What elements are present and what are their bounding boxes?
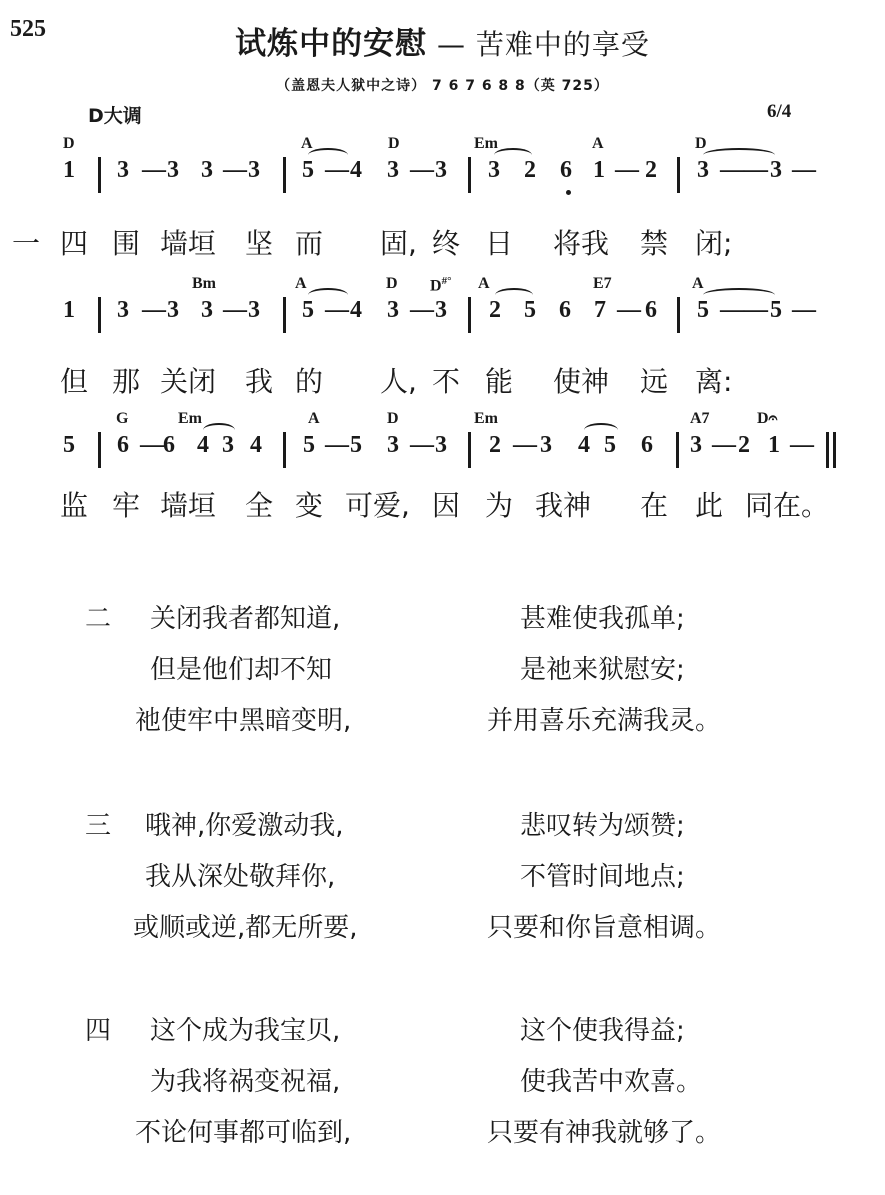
chord-symbol: D xyxy=(387,410,399,428)
stanza-line-left: 为我将祸变祝福, xyxy=(150,1061,340,1098)
bar-line xyxy=(98,297,101,333)
lyric-syllable: 能 xyxy=(485,360,513,400)
note: 3 xyxy=(435,297,447,324)
title-sub: 苦难中的享受 xyxy=(476,28,650,61)
lyric-syllable: 的 xyxy=(295,360,323,400)
time-signature: 6/4 xyxy=(767,101,791,123)
bar-line xyxy=(676,432,679,468)
note: 3 xyxy=(167,297,179,324)
stanza-line-right: 甚难使我孤单; xyxy=(520,598,685,635)
chord-symbol: D𝄐 xyxy=(757,410,777,428)
note: 3 xyxy=(540,432,552,459)
note: 3 xyxy=(167,157,179,184)
note: 6 xyxy=(560,157,572,184)
chord-symbol: D xyxy=(63,135,75,153)
chord-symbol: Em xyxy=(474,410,498,428)
chord-symbol: Em xyxy=(474,135,498,153)
note: 2 xyxy=(645,157,657,184)
stanza-line-left: 关闭我者都知道, xyxy=(150,598,340,635)
lyric-syllable: 我神 xyxy=(535,484,591,524)
tie-slur xyxy=(308,288,348,302)
note-extension: — xyxy=(325,432,349,459)
note: 3 xyxy=(435,157,447,184)
stanza-line-right: 使我苦中欢喜。 xyxy=(520,1061,702,1098)
note: 3 xyxy=(387,432,399,459)
lyric-syllable: 监 xyxy=(60,484,88,524)
lyric-syllable: 四 xyxy=(60,222,88,262)
stanza-line-right: 这个使我得益; xyxy=(520,1010,685,1047)
chord-symbol: D xyxy=(388,135,400,153)
lyric-syllable: 离: xyxy=(695,360,732,400)
stanza-line-right: 并用喜乐充满我灵。 xyxy=(487,700,721,737)
lyric-syllable: 为 xyxy=(485,484,513,524)
note: 6 xyxy=(163,432,175,459)
lyric-syllable: 墙垣 xyxy=(160,484,216,524)
note-extension: — xyxy=(140,432,164,459)
note: 3 xyxy=(248,297,260,324)
stanza-number: 四 xyxy=(85,1010,111,1047)
note-extension: — xyxy=(410,432,434,459)
note: 7 xyxy=(594,297,606,324)
stanza-line-left: 我从深处敬拜你, xyxy=(145,856,335,893)
note: 3 xyxy=(248,157,260,184)
hymn-title: 试炼中的安慰 — 苦难中的享受 xyxy=(0,18,885,63)
bar-line xyxy=(283,297,286,333)
lyric-syllable: 在 xyxy=(640,484,668,524)
bar-line xyxy=(98,157,101,193)
lyric-syllable: 远 xyxy=(640,360,668,400)
stanza-line-left: 不论何事都可临到, xyxy=(135,1112,351,1149)
tie-slur xyxy=(308,148,348,162)
lyric-line: 但那关闭我的人,不能使神远离: xyxy=(0,360,885,400)
tie-slur xyxy=(203,423,235,437)
note: 1 xyxy=(63,157,75,184)
bar-line xyxy=(468,157,471,193)
note: 5 xyxy=(350,432,362,459)
chord-symbol: D xyxy=(386,275,398,293)
lyric-syllable: 全 xyxy=(245,484,273,524)
stanza-line-left: 哦神,你爱激动我, xyxy=(145,805,344,842)
note: 6 xyxy=(117,432,129,459)
chord-symbol: A xyxy=(692,275,704,293)
chord-symbol: Bm xyxy=(192,275,216,293)
tie-slur xyxy=(584,423,618,437)
lyric-syllable: 墙垣 xyxy=(160,222,216,262)
note: 6 xyxy=(559,297,571,324)
lyric-syllable: 不 xyxy=(432,360,460,400)
tie-slur xyxy=(494,148,532,162)
note-extension: — xyxy=(712,432,736,459)
note: 6 xyxy=(645,297,657,324)
lyric-syllable: 而 xyxy=(295,222,323,262)
note-extension: — xyxy=(410,157,434,184)
lyric-line: 一四围墙垣坚而固,终日将我禁闭; xyxy=(0,222,885,262)
note-extension: — xyxy=(615,157,639,184)
chord-symbol: G xyxy=(116,410,128,428)
note: 1 xyxy=(593,157,605,184)
note-extension: — xyxy=(223,297,247,324)
stanza-line-right: 只要和你旨意相调。 xyxy=(487,907,721,944)
lyric-syllable: 但 xyxy=(60,360,88,400)
bar-line xyxy=(468,297,471,333)
bar-line xyxy=(677,297,680,333)
lyric-syllable: 闭; xyxy=(695,222,732,262)
chord-symbol: A7 xyxy=(690,410,710,428)
note: 2 xyxy=(738,432,750,459)
title-main: 试炼中的安慰 xyxy=(235,26,427,62)
lyric-syllable: 可爱, xyxy=(345,484,410,524)
tie-slur xyxy=(703,288,775,302)
note-extension: — xyxy=(223,157,247,184)
lyric-syllable: 固, xyxy=(380,222,417,262)
stanza-line-left: 祂使牢中黑暗变明, xyxy=(135,700,351,737)
key-signature: D大调 xyxy=(88,101,142,128)
note: 6 xyxy=(641,432,653,459)
lyric-syllable: 那 xyxy=(112,360,140,400)
note: 5 xyxy=(63,432,75,459)
note: 3 xyxy=(387,157,399,184)
stanza-line-left: 这个成为我宝贝, xyxy=(150,1010,340,1047)
note: 4 xyxy=(350,157,362,184)
stanza-line-right: 只要有神我就够了。 xyxy=(487,1112,721,1149)
stanza-line-right: 是祂来狱慰安; xyxy=(520,649,685,686)
note: 1 xyxy=(768,432,780,459)
chord-symbol: A xyxy=(308,410,320,428)
lyric-syllable: 牢 xyxy=(112,484,140,524)
lyric-syllable: 关闭 xyxy=(160,360,216,400)
bar-line xyxy=(283,432,286,468)
note: 4 xyxy=(250,432,262,459)
note-extension: — xyxy=(790,432,814,459)
note-extension: — xyxy=(513,432,537,459)
lyric-syllable: 变 xyxy=(295,484,323,524)
note: 3 xyxy=(387,297,399,324)
note: 2 xyxy=(489,432,501,459)
tie-slur xyxy=(703,148,775,162)
tie-slur xyxy=(495,288,533,302)
lyric-syllable: 坚 xyxy=(245,222,273,262)
meter-line: （盖恩夫人狱中之诗） 7 6 7 6 8 8（英 725） xyxy=(0,75,885,95)
chord-symbol: A xyxy=(592,135,604,153)
bar-line xyxy=(98,432,101,468)
lyric-syllable: 我 xyxy=(245,360,273,400)
staff-line: DADEmAD13—33—35—43—33261—23——3— xyxy=(0,135,885,205)
stanza-number: 三 xyxy=(85,805,111,842)
chord-symbol: Em xyxy=(178,410,202,428)
staff-line: GEmADEmA7D𝄐56—64345—53—32—34563—21— xyxy=(0,410,885,480)
chord-symbol: D#° xyxy=(430,275,451,295)
note-extension: — xyxy=(142,297,166,324)
lower-octave-dot xyxy=(566,190,571,195)
note: 3 xyxy=(117,157,129,184)
bar-line xyxy=(468,432,471,468)
lyric-syllable: 终 xyxy=(432,222,460,262)
lyric-syllable: 禁 xyxy=(640,222,668,262)
chord-symbol: E7 xyxy=(593,275,612,293)
staff-line: BmADD#°AE7A13—33—35—43—32567—65——5— xyxy=(0,275,885,345)
note-extension: — xyxy=(142,157,166,184)
note: 4 xyxy=(350,297,362,324)
note: 5 xyxy=(303,432,315,459)
stanza-line-left: 或顺或逆,都无所要, xyxy=(133,907,358,944)
final-bar-line xyxy=(826,432,836,468)
lyric-syllable: 此 xyxy=(695,484,723,524)
note: 1 xyxy=(63,297,75,324)
lyric-syllable: 将我 xyxy=(553,222,609,262)
bar-line xyxy=(677,157,680,193)
note: 3 xyxy=(690,432,702,459)
stanza-line-left: 但是他们却不知 xyxy=(150,649,332,686)
lyric-syllable: 使神 xyxy=(553,360,609,400)
note: 3 xyxy=(201,297,213,324)
chord-symbol: A xyxy=(478,275,490,293)
lyric-syllable: 围 xyxy=(112,222,140,262)
lyric-line: 监牢墙垣全变可爱,因为我神在此同在。 xyxy=(0,484,885,524)
note-extension: — xyxy=(617,297,641,324)
lyric-syllable: 同在。 xyxy=(745,484,829,524)
note: 3 xyxy=(117,297,129,324)
note: 3 xyxy=(435,432,447,459)
lyric-syllable: 日 xyxy=(485,222,513,262)
stanza-line-right: 不管时间地点; xyxy=(520,856,685,893)
chord-symbol: D xyxy=(695,135,707,153)
note: 3 xyxy=(201,157,213,184)
note-extension: — xyxy=(792,297,816,324)
note-extension: — xyxy=(792,157,816,184)
note-extension: — xyxy=(410,297,434,324)
stanza-number: 二 xyxy=(85,598,111,635)
chord-symbol: A xyxy=(295,275,307,293)
lyric-syllable: 人, xyxy=(380,360,417,400)
lyric-syllable: 因 xyxy=(432,484,460,524)
title-dash: — xyxy=(427,28,476,61)
bar-line xyxy=(283,157,286,193)
stanza-line-right: 悲叹转为颂赞; xyxy=(520,805,685,842)
lyric-syllable: 一 xyxy=(12,222,40,262)
